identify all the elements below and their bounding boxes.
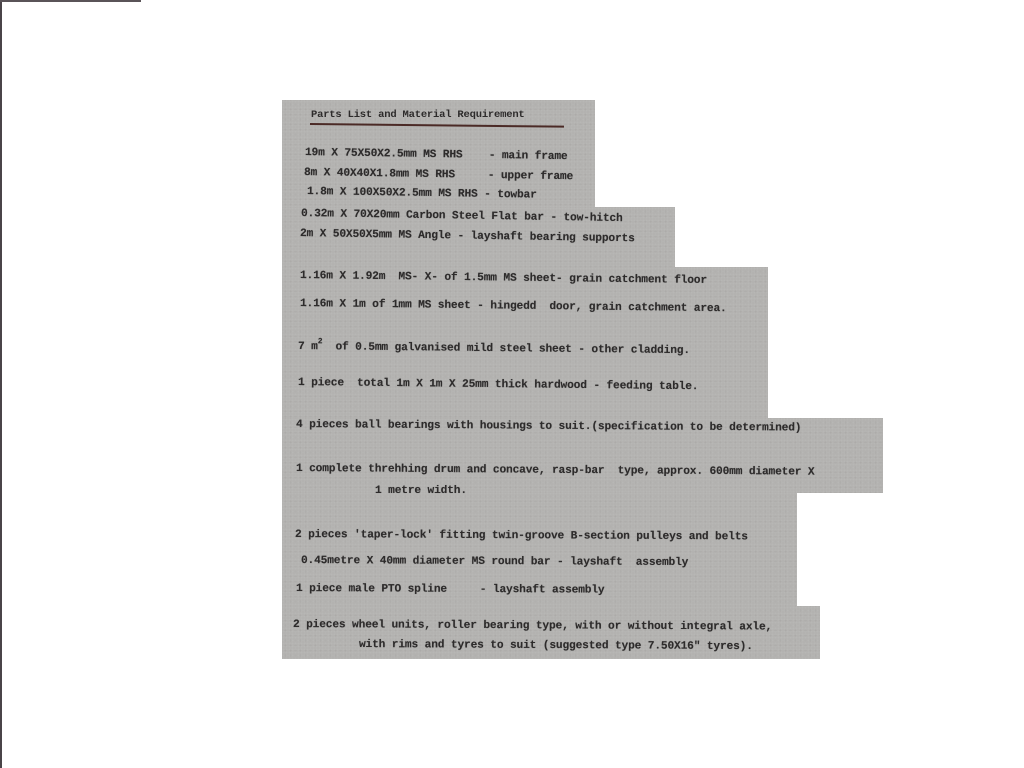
list-item: 2 pieces wheel units, roller bearing typ… <box>293 618 772 635</box>
scan-border-top <box>0 0 141 2</box>
list-item: 1 piece male PTO spline - layshaft assem… <box>296 582 605 598</box>
item-text: of 0.5mm galvanised mild steel sheet - o… <box>322 341 690 357</box>
document-title: Parts List and Material Requirement <box>311 108 525 122</box>
quantity-prefix: 7 m <box>298 341 318 353</box>
list-item-continuation: with rims and tyres to suit (suggested t… <box>359 638 753 654</box>
list-item-continuation: 1 metre width. <box>375 484 467 498</box>
list-item: 0.45metre X 40mm diameter MS round bar -… <box>301 554 688 570</box>
scan-border-left <box>0 0 2 768</box>
list-item: 2 pieces 'taper-lock' fitting twin-groov… <box>295 528 748 544</box>
